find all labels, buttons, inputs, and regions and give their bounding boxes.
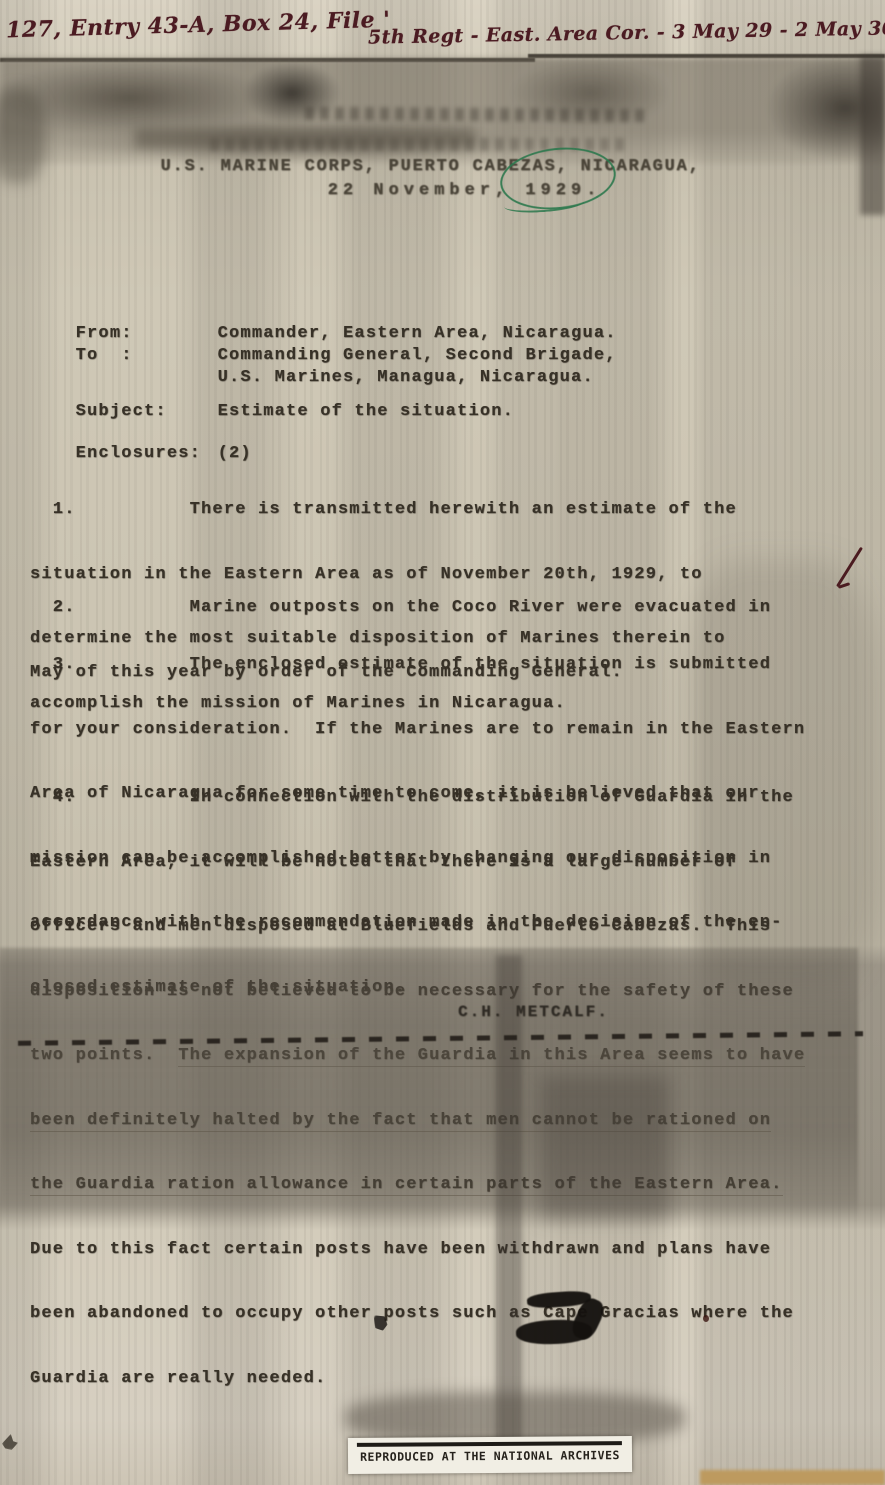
pencil-underlined-text: the Guardia ration allowance in certain … <box>30 1175 783 1196</box>
subject-value: Estimate of the situation. <box>218 402 514 421</box>
green-pen-circle <box>497 142 619 215</box>
paragraph-line: 3. The enclosed estimate of the situatio… <box>30 654 805 676</box>
paragraph-line: 4. In connection with the distribution o… <box>30 787 805 809</box>
paragraph-line: been abandoned to occupy other posts suc… <box>30 1303 805 1325</box>
stamp-text: REPRODUCED AT THE NATIONAL ARCHIVES <box>348 1448 632 1464</box>
paragraph-line: two points. The expansion of the Guardia… <box>30 1045 805 1067</box>
ghost-text-artifact <box>210 138 630 151</box>
edge-mark-artifact <box>2 1434 18 1450</box>
handwritten-check-mark <box>836 547 863 588</box>
paragraph-line: the Guardia ration allowance in certain … <box>30 1174 805 1196</box>
paragraph-line: Due to this fact certain posts have been… <box>30 1239 805 1261</box>
paragraph-line-prefix: two points. <box>30 1046 178 1065</box>
paragraph-line: been definitely halted by the fact that … <box>30 1110 805 1132</box>
scan-smudge-band <box>0 58 885 164</box>
scanned-letter-page: 127, Entry 43-A, Box 24, File ' 5th Regt… <box>0 0 885 1485</box>
letterhead-line1: U.S. MARINE CORPS, PUERTO CABEZAS, NICAR… <box>0 156 873 178</box>
pencil-underlined-text: been definitely halted by the fact that … <box>30 1111 771 1132</box>
signature-name: C.H. METCALF. <box>458 1002 609 1024</box>
scan-edge-line-left <box>0 58 535 62</box>
paragraph-line: for your consideration. If the Marines a… <box>30 719 805 741</box>
scan-edge-line-right <box>528 54 885 58</box>
paragraph-line: Eastern Area, it will be noted that ther… <box>30 852 805 874</box>
handwritten-check-mark-foot <box>838 582 850 589</box>
ghost-text-artifact <box>305 107 650 122</box>
scan-background-edge <box>700 1470 885 1485</box>
pencil-underlined-text: The expansion of the Guardia in this Are… <box>178 1046 805 1067</box>
paragraph-4: 4. In connection with the distribution o… <box>30 744 805 1432</box>
subject-label: Subject: <box>76 401 218 423</box>
paragraph-line: disposition is not believed to be necess… <box>30 981 805 1003</box>
paragraph-line: 1. There is transmitted herewith an esti… <box>30 499 737 521</box>
archival-annotation-right: 5th Regt - East. Area Cor. - 3 May 29 - … <box>368 17 885 48</box>
paragraph-line: officers and men disposed at Bluefields … <box>30 916 805 938</box>
scan-streak-artifact <box>135 128 475 148</box>
archival-annotation-left: 127, Entry 43-A, Box 24, File ' <box>6 7 391 44</box>
paragraph-line: Guardia are really needed. <box>30 1368 805 1390</box>
stamp-rule <box>357 1441 622 1447</box>
national-archives-stamp: REPRODUCED AT THE NATIONAL ARCHIVES <box>348 1436 632 1474</box>
letterhead-line2: 22 November, 1929. <box>22 180 885 202</box>
